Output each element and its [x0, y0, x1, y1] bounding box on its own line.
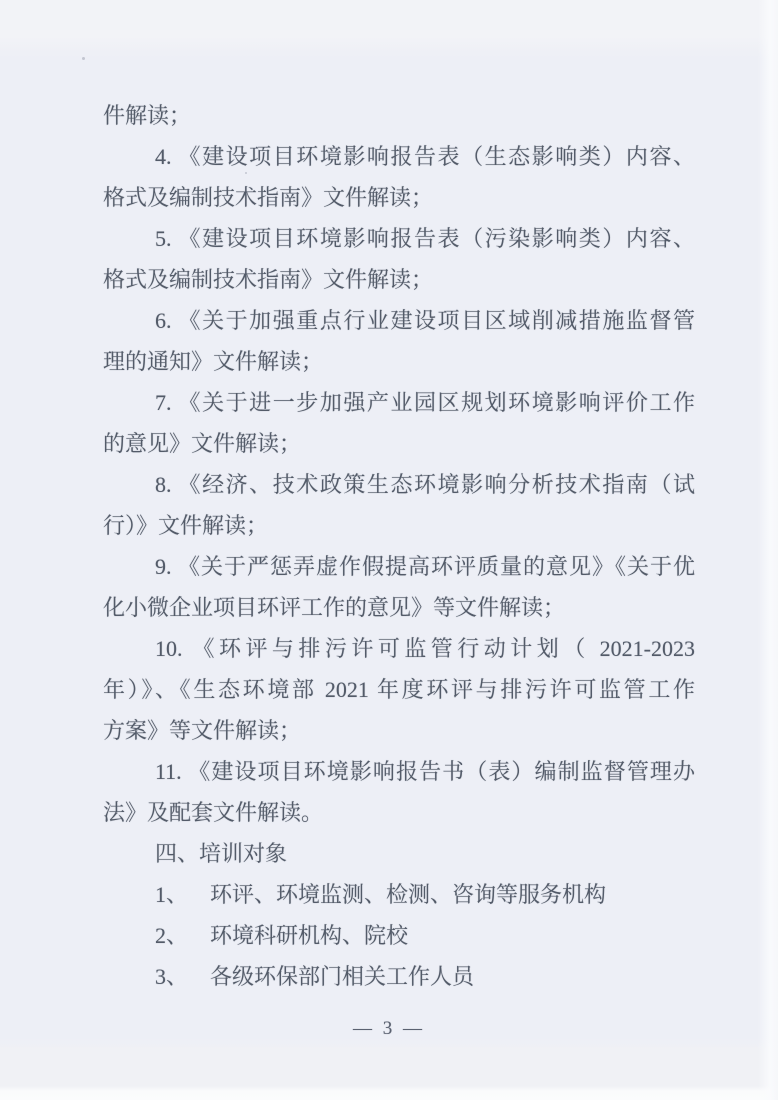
text-line: 件解读；	[103, 95, 695, 136]
text-line: 行）》文件解读；	[103, 505, 695, 546]
text-line: 5. 《建设项目环境影响报告表（污染影响类）内容、	[103, 218, 695, 259]
list-item: 1、 环评、环境监测、检测、咨询等服务机构	[103, 874, 695, 915]
text-line: 11. 《建设项目环境影响报告书（表）编制监督管理办	[103, 751, 695, 792]
text-line: 8. 《经济、技术政策生态环境影响分析技术指南（试	[103, 464, 695, 505]
text-line: 6. 《关于加强重点行业建设项目区域削减措施监督管	[103, 300, 695, 341]
text-line: 的意见》文件解读；	[103, 423, 695, 464]
text-line: 法》及配套文件解读。	[103, 792, 695, 833]
list-item: 3、 各级环保部门相关工作人员	[103, 956, 695, 997]
document-page: 件解读； 4. 《建设项目环境影响报告表（生态影响类）内容、 格式及编制技术指南…	[0, 0, 778, 1100]
text-line: 10. 《环评与排污许可监管行动计划（ 2021-2023	[103, 628, 695, 669]
section-heading: 四、培训对象	[103, 833, 695, 874]
text-line: 方案》等文件解读；	[103, 710, 695, 751]
text-line: 4. 《建设项目环境影响报告表（生态影响类）内容、	[103, 136, 695, 177]
text-line: 理的通知》文件解读；	[103, 341, 695, 382]
document-text-block: 件解读； 4. 《建设项目环境影响报告表（生态影响类）内容、 格式及编制技术指南…	[0, 0, 778, 997]
scan-speck	[245, 172, 247, 174]
page-number: — 3 —	[0, 1014, 778, 1044]
text-line: 7. 《关于进一步加强产业园区规划环境影响评价工作	[103, 382, 695, 423]
text-line: 年）》、《生态环境部 2021 年度环评与排污许可监管工作	[103, 669, 695, 710]
text-line: 化小微企业项目环评工作的意见》等文件解读；	[103, 587, 695, 628]
list-item: 2、 环境科研机构、院校	[103, 915, 695, 956]
text-line: 9. 《关于严惩弄虚作假提高环评质量的意见》《关于优	[103, 546, 695, 587]
scan-speck	[82, 57, 85, 60]
text-line: 格式及编制技术指南》文件解读；	[103, 259, 695, 300]
text-line: 格式及编制技术指南》文件解读；	[103, 177, 695, 218]
